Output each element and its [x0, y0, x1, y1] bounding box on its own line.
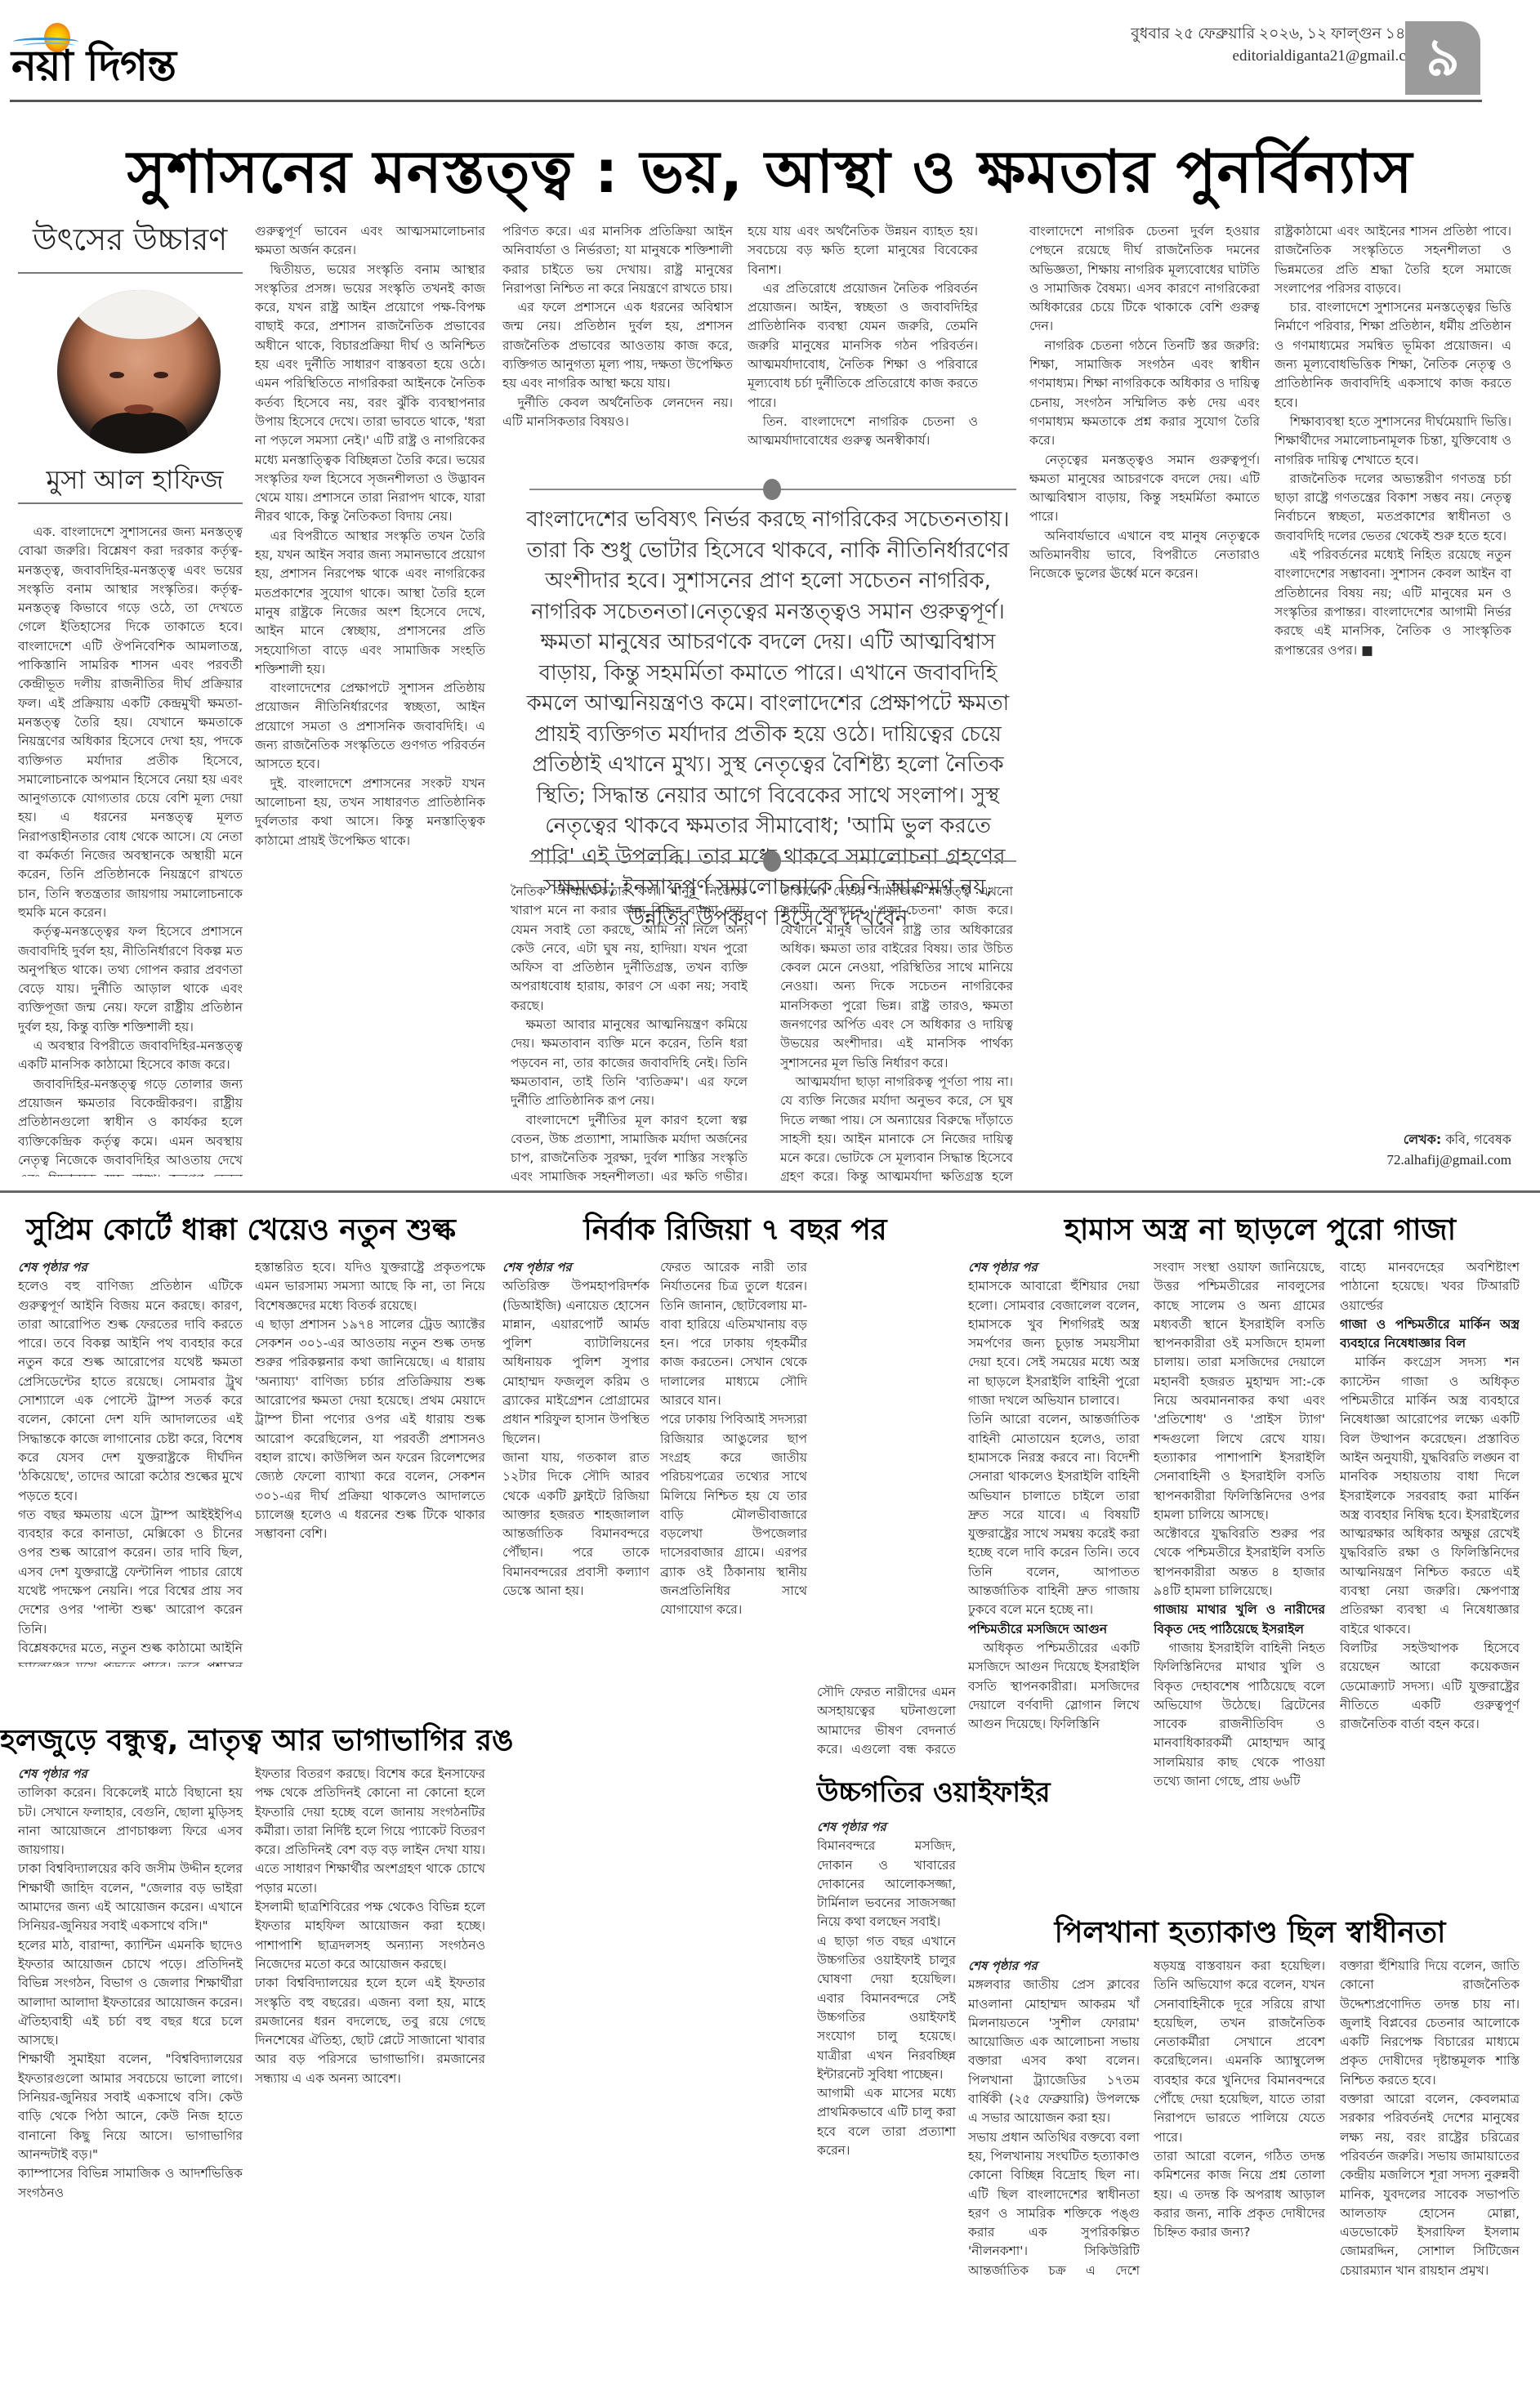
paragraph: বাংলাদেশে দুর্নীতির মূল কারণ হলো স্বল্প … [511, 1111, 748, 1185]
paragraph: অধিকৃত পশ্চিমতীরের একটি মসজিদে আগুন দিয়… [968, 1639, 1140, 1734]
paragraph: মার্কিন কংগ্রেস সদস্য শন ক্যাস্টেন গাজা … [1340, 1353, 1520, 1734]
paragraph: ষড়যন্ত্র বাস্তবায়ন করা হয়েছিল। তিনি অ… [1154, 1957, 1325, 2242]
paragraph: হস্তান্তরিত হবে। যদিও যুক্তরাষ্ট্রে প্রক… [255, 1258, 485, 1543]
paragraph: পরিণত করে। এর মানসিক প্রতিক্রিয়া আইন অন… [502, 222, 733, 298]
author-photo [57, 290, 221, 453]
beard-shape [90, 413, 188, 453]
paragraph: এর বিপরীতে আস্থার সংস্কৃতি তখন তৈরি হয়,… [255, 527, 485, 679]
editorial-email[interactable]: editorialdiganta21@gmail.com [1131, 45, 1426, 67]
hamas-column-3: বাহ্যে মানবদেহের অবশিষ্টাংশ পাঠানো হয়েছ… [1340, 1258, 1520, 1896]
story-headline-tariff[interactable]: সুপ্রিম কোর্টে ধাক্কা খেয়েও নতুন শুল্ক [0, 1209, 482, 1252]
continued-label: শেষ পৃষ্ঠার পর [968, 1957, 1140, 1976]
story-headline-hamas[interactable]: হামাস অস্ত্র না ছাড়লে পুরো গাজা [980, 1209, 1540, 1252]
paragraph: অতিরিক্ত উপমহাপরিদর্শক (ডিআইজি) এনায়েত … [502, 1277, 649, 1601]
divider [18, 272, 243, 274]
paragraph: বাহ্যে মানবদেহের অবশিষ্টাংশ পাঠানো হয়েছ… [1340, 1258, 1520, 1315]
logo-text: নয়া দিগন্ত [11, 44, 176, 88]
divider [18, 502, 243, 504]
paragraph: বাংলাদেশে নাগরিক চেতনা দুর্বল হওয়ার পেছ… [1029, 222, 1260, 337]
paragraph: শিক্ষাব্যবস্থা হতে সুশাসনের দীর্ঘমেয়াদি… [1274, 413, 1511, 470]
paragraph: গাজায় ইসরাইলি বাহিনী নিহত ফিলিস্তিনিদের… [1154, 1639, 1325, 1791]
tariff-column-1: শেষ পৃষ্ঠার পর হলেও বহু বাণিজ্য প্রতিষ্ঠ… [18, 1258, 243, 1667]
story-headline-pilkhana[interactable]: পিলখানা হত্যাকাণ্ড ছিল স্বাধীনতা [968, 1912, 1532, 1954]
masthead: নয়া দিগন্ত বুধবার ২৫ ফেব্রুয়ারি ২০২৬, … [0, 0, 1540, 102]
rizia-column-2: ফেরত আরেক নারী তার নির্যাতনের চিত্র তুলে… [660, 1258, 807, 1765]
paragraph: সংবাদ সংস্থা ওয়াফা জানিয়েছে, উত্তর পশ্… [1154, 1258, 1325, 1601]
divider [10, 100, 1482, 102]
subheading: গাজা ও পশ্চিমতীরে মার্কিন অস্ত্র ব্যবহার… [1340, 1315, 1520, 1354]
pilkhana-column-1: শেষ পৃষ্ঠার পর মঙ্গলবার জাতীয় প্রেস ক্ল… [968, 1957, 1140, 2275]
paragraph: হলেও বহু বাণিজ্য প্রতিষ্ঠান এটিকে গুরুত্… [18, 1277, 243, 1667]
subheading: পশ্চিমতীরে মসজিদে আগুন [968, 1620, 1140, 1639]
paragraph: ফেরত আরেক নারী তার নির্যাতনের চিত্র তুলে… [660, 1258, 807, 1620]
paragraph: বিমানবন্দরে মসজিদ, দোকান ও খাবারের দোকান… [817, 1837, 956, 2160]
paragraph: চার. বাংলাদেশে সুশাসনের মনস্তত্ত্বের ভিত… [1274, 298, 1511, 413]
author-note-value: কবি, গবেষক [1445, 1132, 1511, 1147]
iftar-column-1: শেষ পৃষ্ঠার পর তালিকা করেন। বিকেলেই মাঠে… [18, 1765, 243, 2271]
paragraph: তিন. বাংলাদেশে নাগরিক চেতনা ও আত্মমর্যাদ… [748, 413, 978, 451]
paragraph: এর প্রতিরোধে প্রয়োজন নৈতিক পরিবর্তন প্র… [748, 279, 978, 413]
continued-label: শেষ পৃষ্ঠার পর [18, 1765, 243, 1784]
bullet-dot-icon [763, 851, 781, 872]
section-divider [0, 1190, 1540, 1193]
paragraph: এ অবস্থার বিপরীতে জবাবদিহির-মনস্তত্ত্ব এ… [18, 1037, 243, 1075]
eye-shape [109, 372, 124, 378]
date-line: বুধবার ২৫ ফেব্রুয়ারি ২০২৬, ১২ ফাল্গুন ১… [1131, 23, 1426, 45]
continued-label: শেষ পৃষ্ঠার পর [817, 1818, 956, 1837]
page-number-badge: ৯ [1405, 21, 1480, 95]
subheading: গাজায় মাথার খুলি ও নারীদের বিকৃত দেহ পা… [1154, 1601, 1325, 1639]
continued-label: শেষ পৃষ্ঠার পর [502, 1258, 649, 1277]
rizia-column-1: শেষ পৃষ্ঠার পর অতিরিক্ত উপমহাপরিদর্শক (ড… [502, 1258, 649, 2280]
paragraph: সৌদি ফেরত নারীদের এমন অসহায়ত্বের ঘটনাগু… [817, 1683, 956, 1757]
paragraph: বাংলাদেশের প্রেক্ষাপটে সুশাসন প্রতিষ্ঠায… [255, 679, 485, 774]
paragraph: দুর্নীতি কেবল অর্থনৈতিক লেনদেন নয়। এটি … [502, 394, 733, 432]
tariff-column-2: হস্তান্তরিত হবে। যদিও যুক্তরাষ্ট্রে প্রক… [255, 1258, 485, 1667]
paragraph: বক্তারা হুঁশিয়ারি দিয়ে বলেন, জাতি কোনো… [1340, 1957, 1520, 2275]
author-note: লেখক: কবি, গবেষক 72.alhafij@gmail.com [1274, 1129, 1511, 1170]
paragraph: মঙ্গলবার জাতীয় প্রেস ক্লাবের মাওলানা মো… [968, 1976, 1140, 2275]
cap-shape [74, 290, 204, 339]
paragraph: তালিকা করেন। বিকেলেই মাঠে বিছানো হয় চট।… [18, 1784, 243, 2203]
story-headline-rizia[interactable]: নির্বাক রিজিয়া ৭ বছর পর [490, 1209, 980, 1252]
paragraph: ক্ষমতা আবার মানুষের আত্মনিয়ন্ত্রণ কমিয়… [511, 1016, 748, 1110]
hamas-column-2: সংবাদ সংস্থা ওয়াফা জানিয়েছে, উত্তর পশ্… [1154, 1258, 1325, 1896]
lead-column-4: হয়ে যায় এবং অর্থনৈতিক উন্নয়ন ব্যাহত হ… [748, 222, 978, 484]
newspaper-logo[interactable]: নয়া দিগন্ত [11, 21, 150, 87]
header-meta: বুধবার ২৫ ফেব্রুয়ারি ২০২৬, ১২ ফাল্গুন ১… [1131, 23, 1426, 67]
paragraph: হামাসকে আবারো হুঁশিয়ার দেয়া হলো। সোমবা… [968, 1277, 1140, 1619]
paragraph: ইফতার বিতরণ করছে। বিশেষ করে ইনসাফের পক্ষ… [255, 1765, 485, 2088]
eye-shape [154, 372, 168, 378]
paragraph: আত্মমর্যাদা ছাড়া নাগরিকত্ব পূর্ণতা পায়… [780, 1073, 1013, 1185]
paragraph: অনিবার্যভাবে এখানে বহু মানুষ নেতৃত্বকে অ… [1029, 527, 1260, 584]
paragraph: এই পরিবর্তনের মধ্যেই নিহিত রয়েছে নতুন ব… [1274, 546, 1511, 660]
paragraph: গুরুত্বপূর্ণ ভাবেন এবং আত্মসমালোচনার ক্ষ… [255, 222, 485, 261]
hamas-column-1: শেষ পৃষ্ঠার পর হামাসকে আবারো হুঁশিয়ার দ… [968, 1258, 1140, 1896]
paragraph: নাগরিক চেতনা গঠনে তিনটি স্তর জরুরি: শিক্… [1029, 337, 1260, 451]
paragraph: হয়ে যায় এবং অর্থনৈতিক উন্নয়ন ব্যাহত হ… [748, 222, 978, 279]
story-headline-iftar[interactable]: হলজুড়ে বন্ধুত্ব, ভ্রাতৃত্ব আর ভাগাভাগির… [0, 1720, 490, 1762]
lead-column-5: বাংলাদেশে নাগরিক চেতনা দুর্বল হওয়ার পেছ… [1029, 222, 1260, 1178]
lead-column-1: এক. বাংলাদেশে সুশাসনের জন্য মনস্তত্ত্ব ব… [18, 523, 243, 1177]
author-note-label: লেখক: [1404, 1132, 1442, 1147]
column-label: উৎসের উচ্চারণ [33, 219, 237, 260]
lead-column-2: গুরুত্বপূর্ণ ভাবেন এবং আত্মসমালোচনার ক্ষ… [255, 222, 485, 1178]
paragraph: দুই. বাংলাদেশে প্রশাসনের সংকট যখন আলোচনা… [255, 775, 485, 851]
lead-headline[interactable]: সুশাসনের মনস্তত্ত্ব : ভয়, আস্থা ও ক্ষমত… [0, 131, 1540, 212]
continued-label: শেষ পৃষ্ঠার পর [968, 1258, 1140, 1277]
paragraph: কর্তৃত্ব-মনস্তত্ত্বের ফল হিসেবে প্রশাসনে… [18, 922, 243, 1037]
paragraph: এক. বাংলাদেশে সুশাসনের জন্য মনস্তত্ত্ব ব… [18, 523, 243, 922]
mouth-shape [124, 404, 154, 414]
rizia-column-3: সৌদি ফেরত নারীদের এমন অসহায়ত্বের ঘটনাগু… [817, 1683, 956, 1757]
paragraph: নেতৃত্বের মনস্তত্ত্বও সমান গুরুত্বপূর্ণ।… [1029, 451, 1260, 527]
pilkhana-column-3: বক্তারা হুঁশিয়ারি দিয়ে বলেন, জাতি কোনো… [1340, 1957, 1520, 2275]
paragraph: রাষ্ট্রকাঠামো এবং আইনের শাসন প্রতিষ্ঠা প… [1274, 222, 1511, 298]
paragraph: জবাবদিহির-মনস্তত্ত্ব গড়ে তোলার জন্য প্র… [18, 1075, 243, 1177]
paragraph: নৈতিক আত্মরক্ষকতার ফল। মানুষ নিজেকে খারা… [511, 882, 748, 1016]
wifi-column: শেষ পৃষ্ঠার পর বিমানবন্দরে মসজিদ, দোকান … [817, 1818, 956, 2275]
author-name: মুসা আল হাফিজ [33, 462, 237, 498]
lead-column-3: পরিণত করে। এর মানসিক প্রতিক্রিয়া আইন অন… [502, 222, 733, 484]
paragraph: রাজনৈতিক দলের অভ্যন্তরীণ গণতন্ত্র চর্চা … [1274, 470, 1511, 546]
story-headline-wifi[interactable]: উচ্চগতির ওয়াইফাইর [817, 1773, 980, 1812]
lead-column-4-lower: তাকালে। দেশের সামাজিক মনস্তত্ত্ব এখনো এক… [780, 882, 1013, 1185]
bullet-dot-icon [763, 479, 781, 500]
iftar-column-2: ইফতার বিতরণ করছে। বিশেষ করে ইনসাফের পক্ষ… [255, 1765, 485, 2271]
paragraph: এর ফলে প্রশাসনে এক ধরনের অবিশ্বাস জন্ম ন… [502, 298, 733, 393]
lead-column-3-lower: নৈতিক আত্মরক্ষকতার ফল। মানুষ নিজেকে খারা… [511, 882, 748, 1185]
paragraph: দ্বিতীয়ত, ভয়ের সংস্কৃতি বনাম আস্থার সং… [255, 261, 485, 527]
author-email[interactable]: 72.alhafij@gmail.com [1274, 1150, 1511, 1170]
lead-column-6: রাষ্ট্রকাঠামো এবং আইনের শাসন প্রতিষ্ঠা প… [1274, 222, 1511, 1129]
continued-label: শেষ পৃষ্ঠার পর [18, 1258, 243, 1277]
pilkhana-column-2: ষড়যন্ত্র বাস্তবায়ন করা হয়েছিল। তিনি অ… [1154, 1957, 1325, 2275]
paragraph: তাকালে। দেশের সামাজিক মনস্তত্ত্ব এখনো এক… [780, 882, 1013, 1073]
